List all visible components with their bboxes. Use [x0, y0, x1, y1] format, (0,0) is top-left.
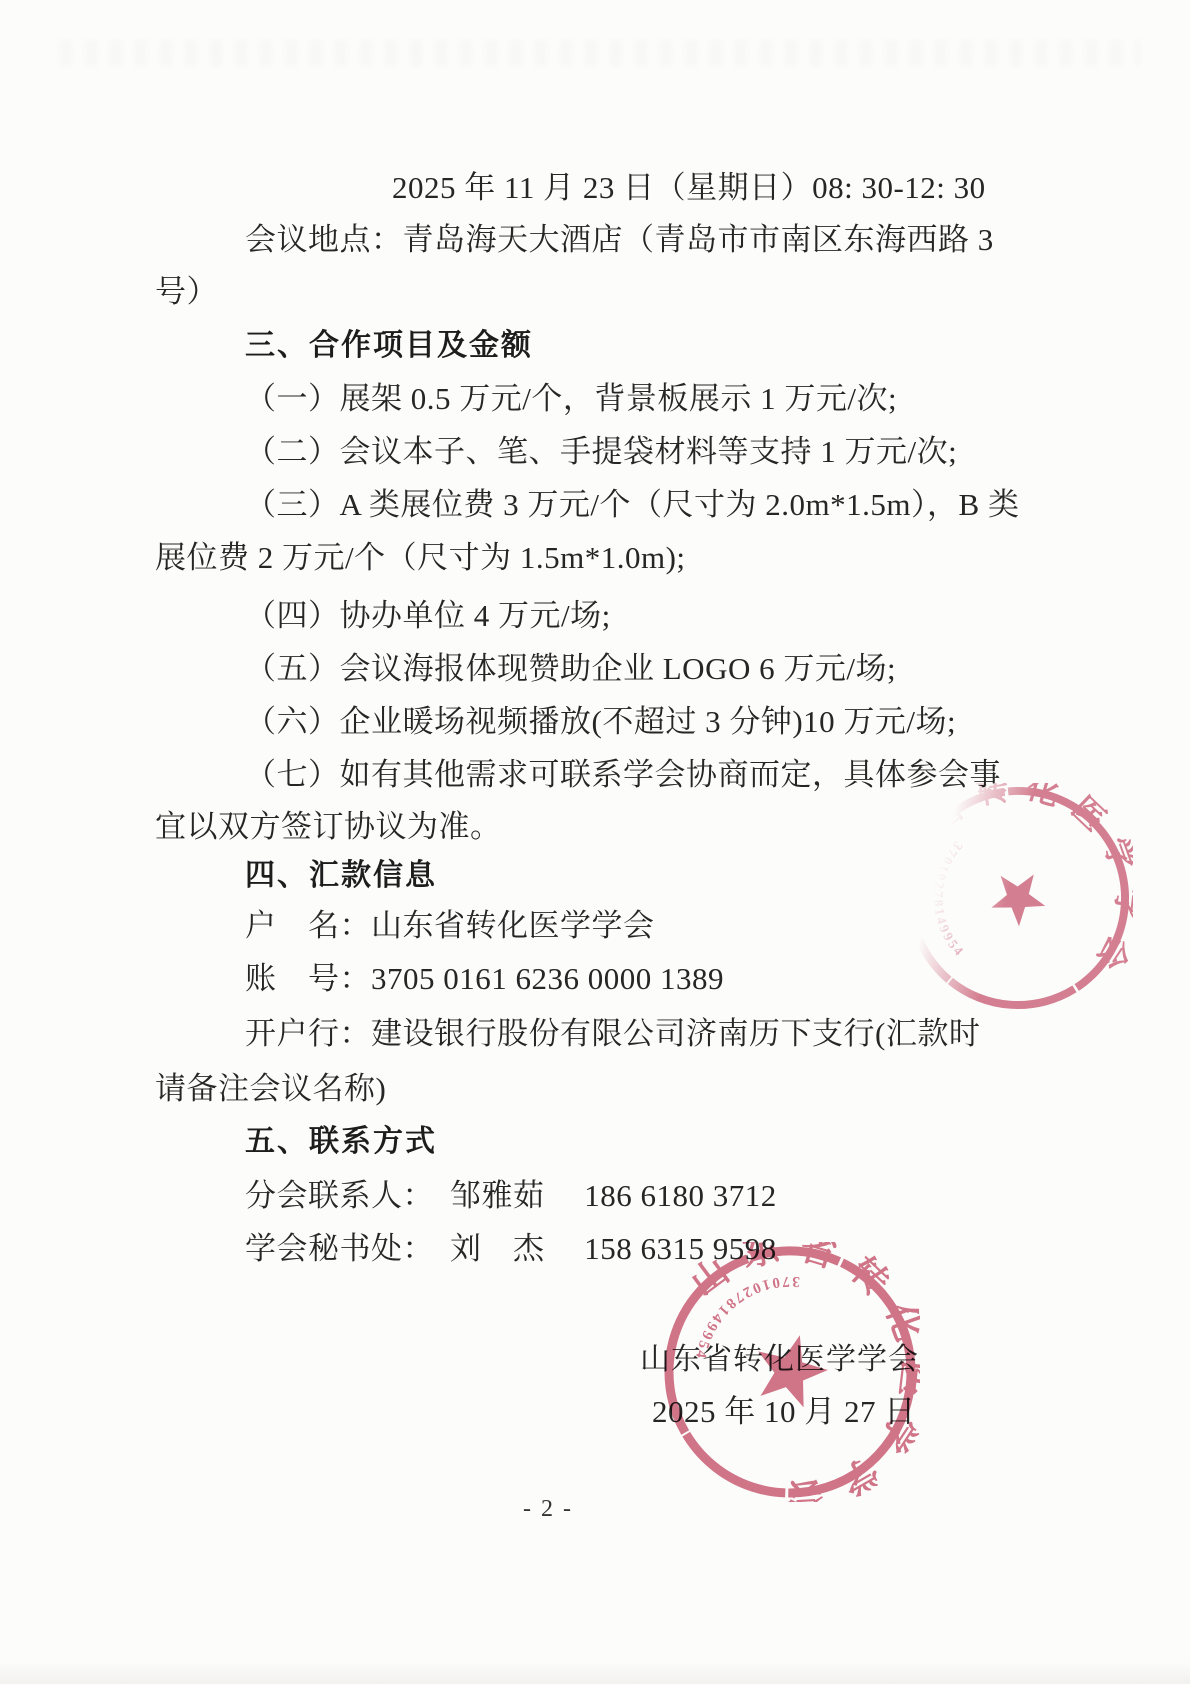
project-item-3-line2: 展位费 2 万元/个（尺寸为 1.5m*1.0m); — [155, 538, 686, 578]
section4-heading: 四、汇款信息 — [245, 856, 437, 896]
meeting-time-line: 2025 年 11 月 23 日（星期日）08: 30-12: 30 — [392, 168, 986, 208]
seal-star-icon — [747, 1326, 835, 1411]
bank-line1: 开户行：建设银行股份有限公司济南历下支行(汇款时 — [245, 1014, 980, 1054]
official-seal-stamp-right: 山东省转化医学学会 37010278149954 — [903, 783, 1133, 1013]
account-number-line: 账 号：3705 0161 6236 0000 1389 — [245, 959, 724, 999]
project-item-4: （四）协办单位 4 万元/场; — [245, 596, 611, 636]
project-item-2: （二）会议本子、笔、手提袋材料等支持 1 万元/次; — [245, 432, 957, 472]
project-item-7-line1: （七）如有其他需求可联系学会协商而定，具体参会事 — [245, 755, 1001, 795]
bank-line2: 请备注会议名称) — [155, 1069, 386, 1109]
project-item-5: （五）会议海报体现赞助企业 LOGO 6 万元/场; — [245, 649, 896, 689]
section3-heading: 三、合作项目及金额 — [245, 326, 533, 366]
project-item-6: （六）企业暖场视频播放(不超过 3 分钟)10 万元/场; — [245, 702, 956, 742]
project-item-1: （一）展架 0.5 万元/个，背景板展示 1 万元/次; — [245, 379, 897, 419]
official-seal-stamp-bottom: 山东省转化医学学会 37010278149954 — [660, 1242, 920, 1502]
meeting-location-line2: 号） — [155, 272, 218, 312]
seal-star-icon — [979, 859, 1053, 932]
branch-contact-line: 分会联系人： 邹雅茹 186 6180 3712 — [245, 1176, 777, 1216]
scan-edge-shadow — [0, 1662, 1190, 1684]
page-bleed-through-texture — [60, 40, 1140, 66]
account-name-line: 户 名：山东省转化医学学会 — [245, 906, 655, 946]
meeting-location-line1: 会议地点：青岛海天大酒店（青岛市市南区东海西路 3 — [245, 220, 994, 260]
page-number: - 2 - — [498, 1496, 598, 1523]
project-item-7-line2: 宜以双方签订协议为准。 — [155, 807, 502, 847]
project-item-3-line1: （三）A 类展位费 3 万元/个（尺寸为 2.0m*1.5m），B 类 — [245, 485, 1019, 525]
document-page: 2025 年 11 月 23 日（星期日）08: 30-12: 30 会议地点：… — [0, 0, 1190, 1684]
section5-heading: 五、联系方式 — [245, 1122, 437, 1162]
